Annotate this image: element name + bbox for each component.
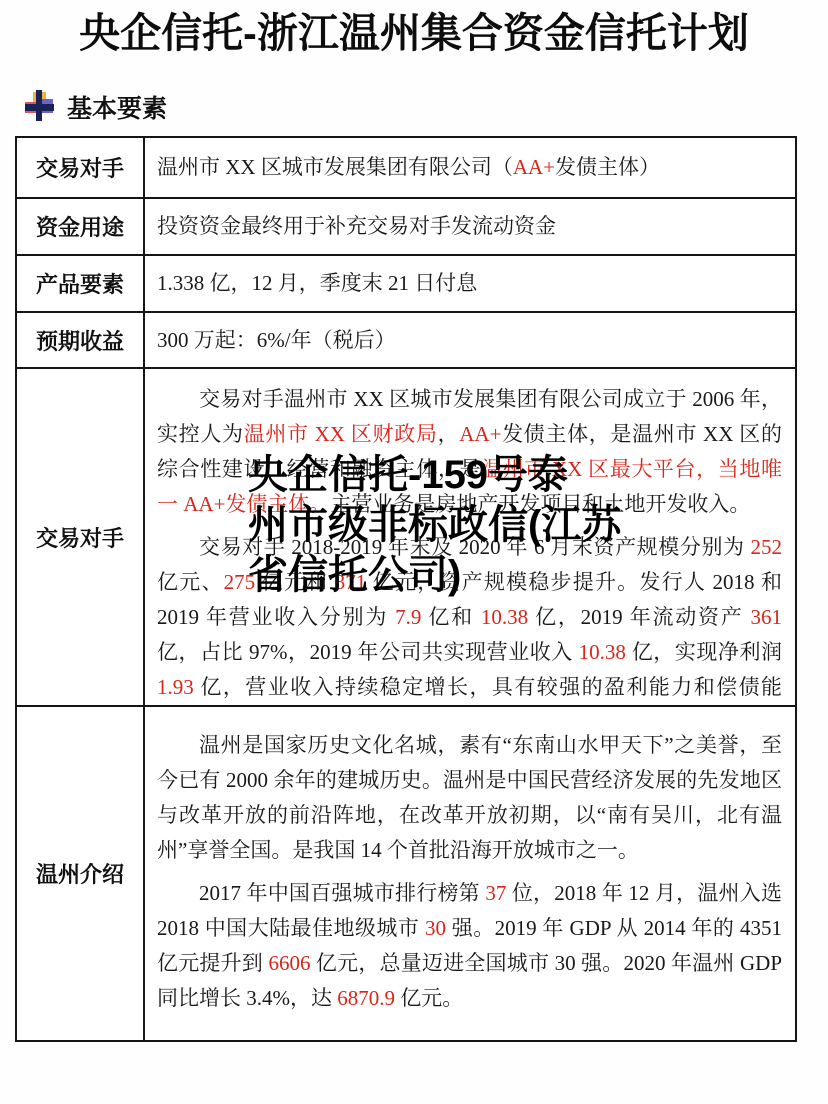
cell-text: 1.338 亿，12 月，季度末 21 日付息 <box>157 266 477 301</box>
row-label: 交易对手 <box>17 138 145 197</box>
highlighted-text: 6606 <box>268 951 310 975</box>
row-label: 交易对手 <box>17 369 145 705</box>
paragraph: 2017 年中国百强城市排行榜第 37 位，2018 年 12 月，温州入选 2… <box>157 876 782 1016</box>
highlighted-text: AA+ <box>459 422 501 446</box>
watermark-line: 省信托公司) <box>248 550 621 600</box>
text-segment: 1.338 亿，12 月，季度末 21 日付息 <box>157 271 477 295</box>
text-segment: 亿元。 <box>395 986 463 1010</box>
text-segment: ， <box>438 422 460 446</box>
highlighted-text: 1.93 <box>157 675 194 699</box>
table-row: 交易对手 温州市 XX 区城市发展集团有限公司（AA+发债主体） <box>17 138 795 197</box>
cell-text: 温州市 XX 区城市发展集团有限公司（AA+发债主体） <box>157 150 660 185</box>
watermark-title: 央企信托-159号泰州市级非标政信(江苏省信托公司) <box>248 450 621 600</box>
cell-text: 投资资金最终用于补充交易对手发流动资金 <box>157 209 556 244</box>
watermark-line: 央企信托-159号泰 <box>248 450 621 500</box>
text-segment: 温州市 XX 区城市发展集团有限公司（ <box>157 155 513 179</box>
row-content: 300 万起：6%/年（税后） <box>145 313 795 367</box>
table-row: 温州介绍 温州是国家历史文化名城，素有“东南山水甲天下”之美誉，至今已有 200… <box>17 705 795 1040</box>
text-segment: 发债主体） <box>555 155 660 179</box>
highlighted-text: 温州市 XX 区财政局 <box>244 422 438 446</box>
highlighted-text: 10.38 <box>481 605 528 629</box>
colored-cross-bullet-icon <box>24 90 56 124</box>
section-header: 基本要素 <box>24 89 167 125</box>
row-label: 预期收益 <box>17 313 145 367</box>
text-segment: 亿，占比 97%，2019 年公司共实现营业收入 <box>157 640 579 664</box>
section-title: 基本要素 <box>67 89 167 125</box>
highlighted-text: 37 <box>485 881 506 905</box>
watermark-line: 州市级非标政信(江苏 <box>248 500 621 550</box>
table-row: 产品要素 1.338 亿，12 月，季度末 21 日付息 <box>17 254 795 311</box>
text-segment: 亿，实现净利润 <box>626 640 782 664</box>
text-segment: 300 万起：6%/年（税后） <box>157 328 396 352</box>
highlighted-text: 10.38 <box>579 640 626 664</box>
text-segment: 亿和 <box>421 605 481 629</box>
text-segment: 2017 年中国百强城市排行榜第 <box>199 881 485 905</box>
text-segment: 亿，2019 年流动资产 <box>528 605 750 629</box>
row-label: 温州介绍 <box>17 707 145 1040</box>
page-title: 央企信托-浙江温州集合资金信托计划 <box>0 6 828 60</box>
row-label: 资金用途 <box>17 199 145 254</box>
text-segment: 投资资金最终用于补充交易对手发流动资金 <box>157 214 556 238</box>
row-label: 产品要素 <box>17 256 145 311</box>
highlighted-text: 6870.9 <box>337 986 395 1010</box>
table-row: 预期收益 300 万起：6%/年（税后） <box>17 311 795 367</box>
bullet-navy-horizontal-bar <box>25 104 54 111</box>
highlighted-text: 361 <box>751 605 783 629</box>
highlighted-text: AA+ <box>513 155 555 179</box>
row-content: 温州是国家历史文化名城，素有“东南山水甲天下”之美誉，至今已有 2000 余年的… <box>145 707 795 1040</box>
row-content: 1.338 亿，12 月，季度末 21 日付息 <box>145 256 795 311</box>
text-segment: 亿元、 <box>157 570 224 594</box>
table-row: 资金用途 投资资金最终用于补充交易对手发流动资金 <box>17 197 795 254</box>
document-page: 央企信托-浙江温州集合资金信托计划 基本要素 交易对手 温州市 XX 区城市发展… <box>0 0 828 1104</box>
row-content: 温州市 XX 区城市发展集团有限公司（AA+发债主体） <box>145 138 795 197</box>
highlighted-text: 30 <box>425 916 446 940</box>
text-segment: 亿，营业收入持续稳定增长，具有较强的盈利能力和偿债能力。 <box>157 675 782 705</box>
row-content: 投资资金最终用于补充交易对手发流动资金 <box>145 199 795 254</box>
highlighted-text: 252 <box>751 535 783 559</box>
text-segment: 温州是国家历史文化名城，素有“东南山水甲天下”之美誉，至今已有 2000 余年的… <box>157 733 782 862</box>
paragraph: 温州是国家历史文化名城，素有“东南山水甲天下”之美誉，至今已有 2000 余年的… <box>157 728 782 868</box>
highlighted-text: 7.9 <box>395 605 421 629</box>
cell-text: 300 万起：6%/年（税后） <box>157 323 396 358</box>
